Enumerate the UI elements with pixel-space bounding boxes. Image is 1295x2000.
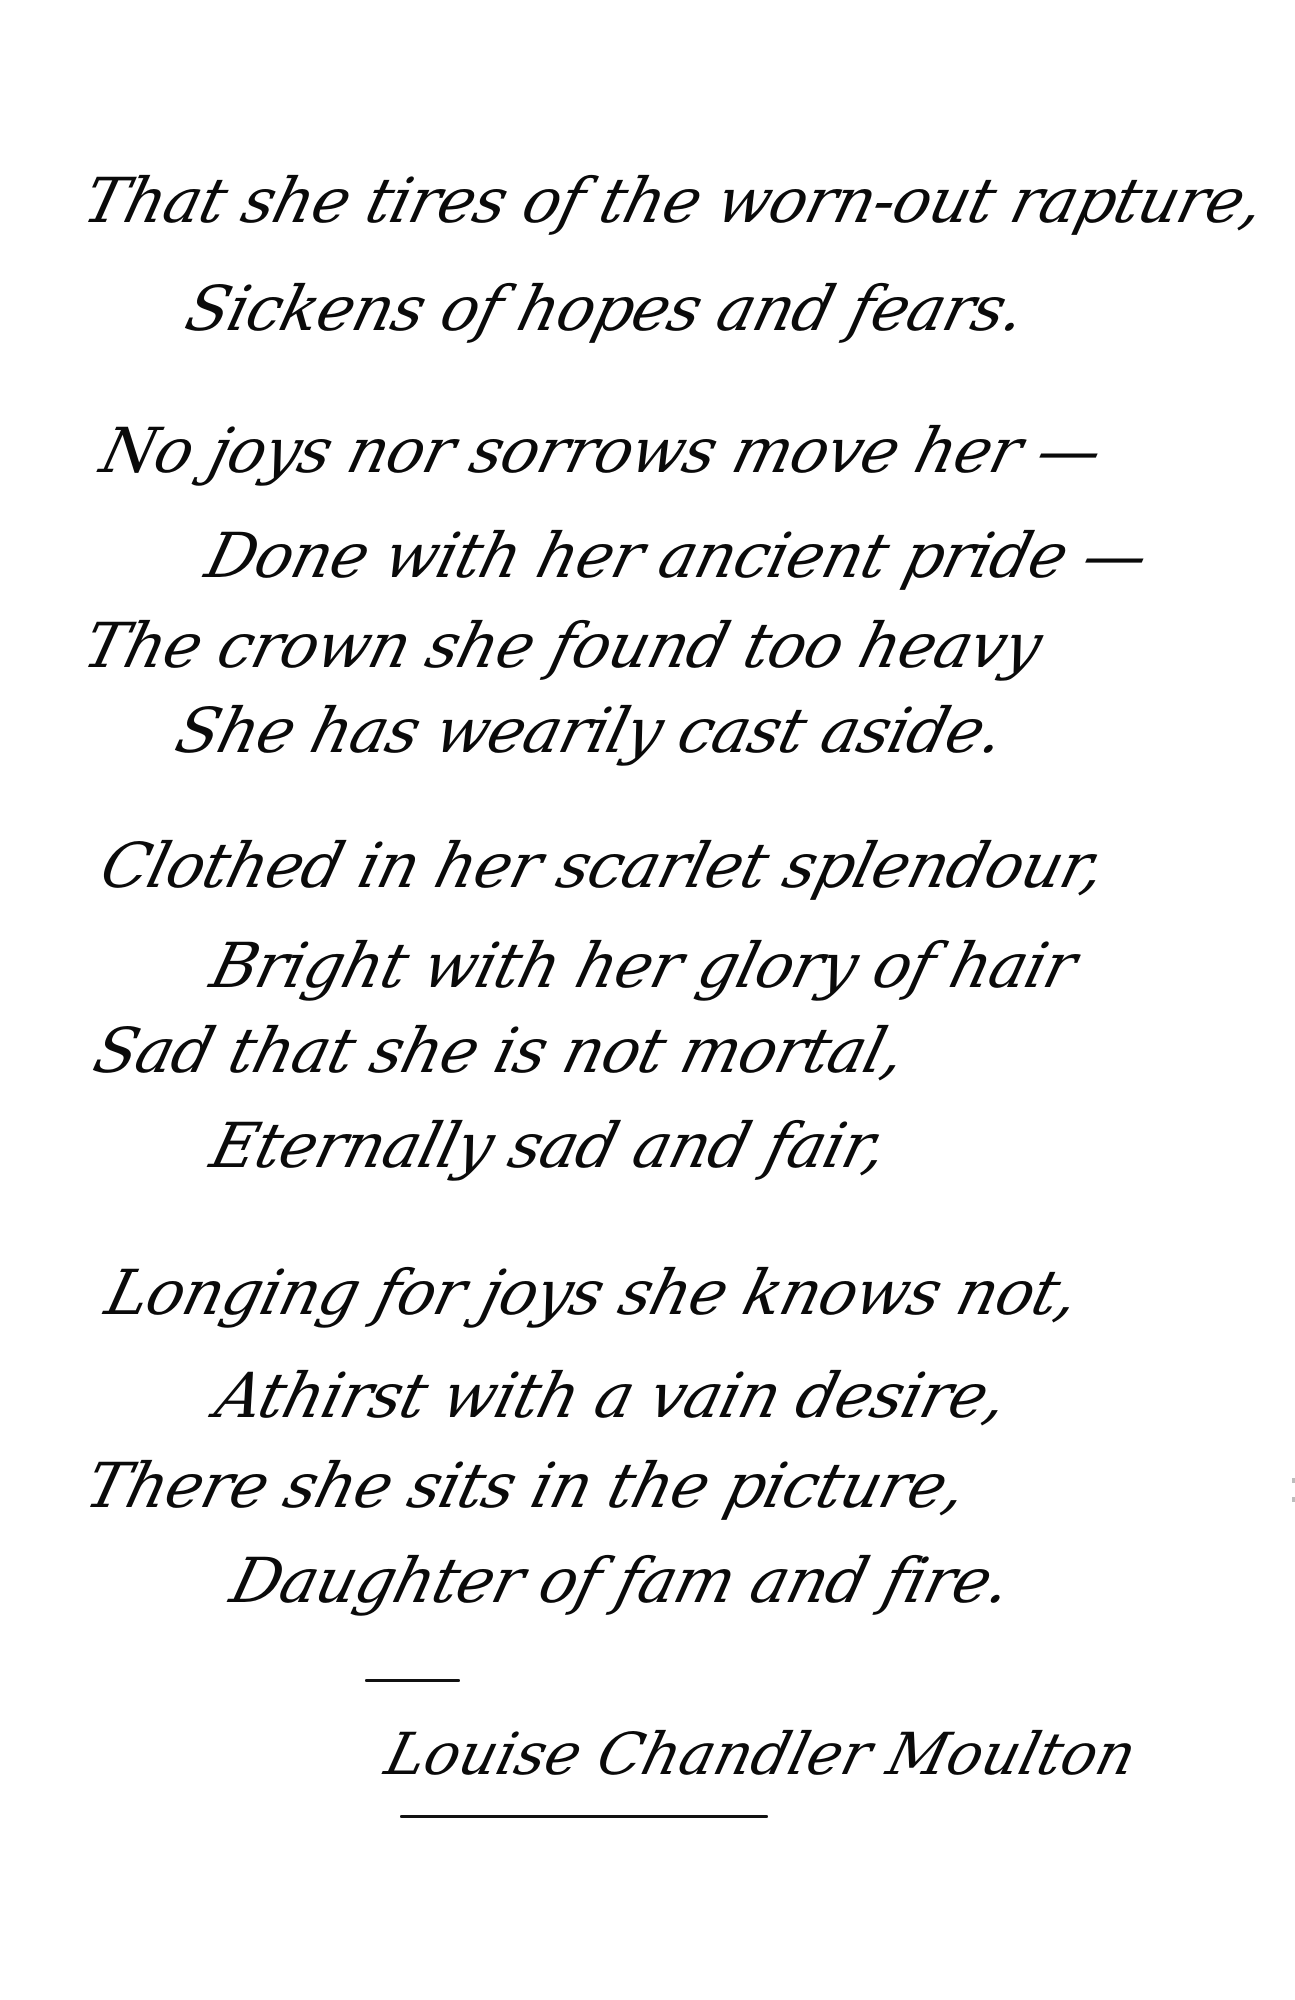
poem-line: Bright with her glory of hair <box>205 935 1082 997</box>
poem-line: Athirst with a vain desire, <box>210 1365 1013 1427</box>
divider-rule <box>365 1679 460 1682</box>
poem-line: There she sits in the picture, <box>80 1455 972 1517</box>
poem-line: Sad that she is not mortal, <box>88 1020 910 1082</box>
manuscript-page: That she tires of the worn-out rapture, … <box>0 0 1295 2000</box>
poem-line: Daughter of fam and fire. <box>225 1550 1016 1612</box>
poem-line: The crown she found too heavy <box>78 615 1047 677</box>
poem-line: Eternally sad and fair, <box>205 1115 892 1177</box>
author-signature: Louise Chandler Moulton <box>380 1725 1142 1783</box>
signature-underline <box>400 1815 768 1818</box>
poem-line: No joys nor sorrows move her — <box>95 420 1107 482</box>
poem-line: That she tires of the worn-out rapture, <box>78 170 1269 232</box>
poem-line: Longing for joys she knows not, <box>100 1262 1084 1324</box>
poem-line: She has wearily cast aside. <box>170 700 1009 762</box>
poem-line: Done with her ancient pride — <box>200 525 1153 587</box>
poem-line: Sickens of hopes and fears. <box>180 278 1030 340</box>
poem-line: Clothed in her scarlet splendour, <box>95 835 1110 897</box>
